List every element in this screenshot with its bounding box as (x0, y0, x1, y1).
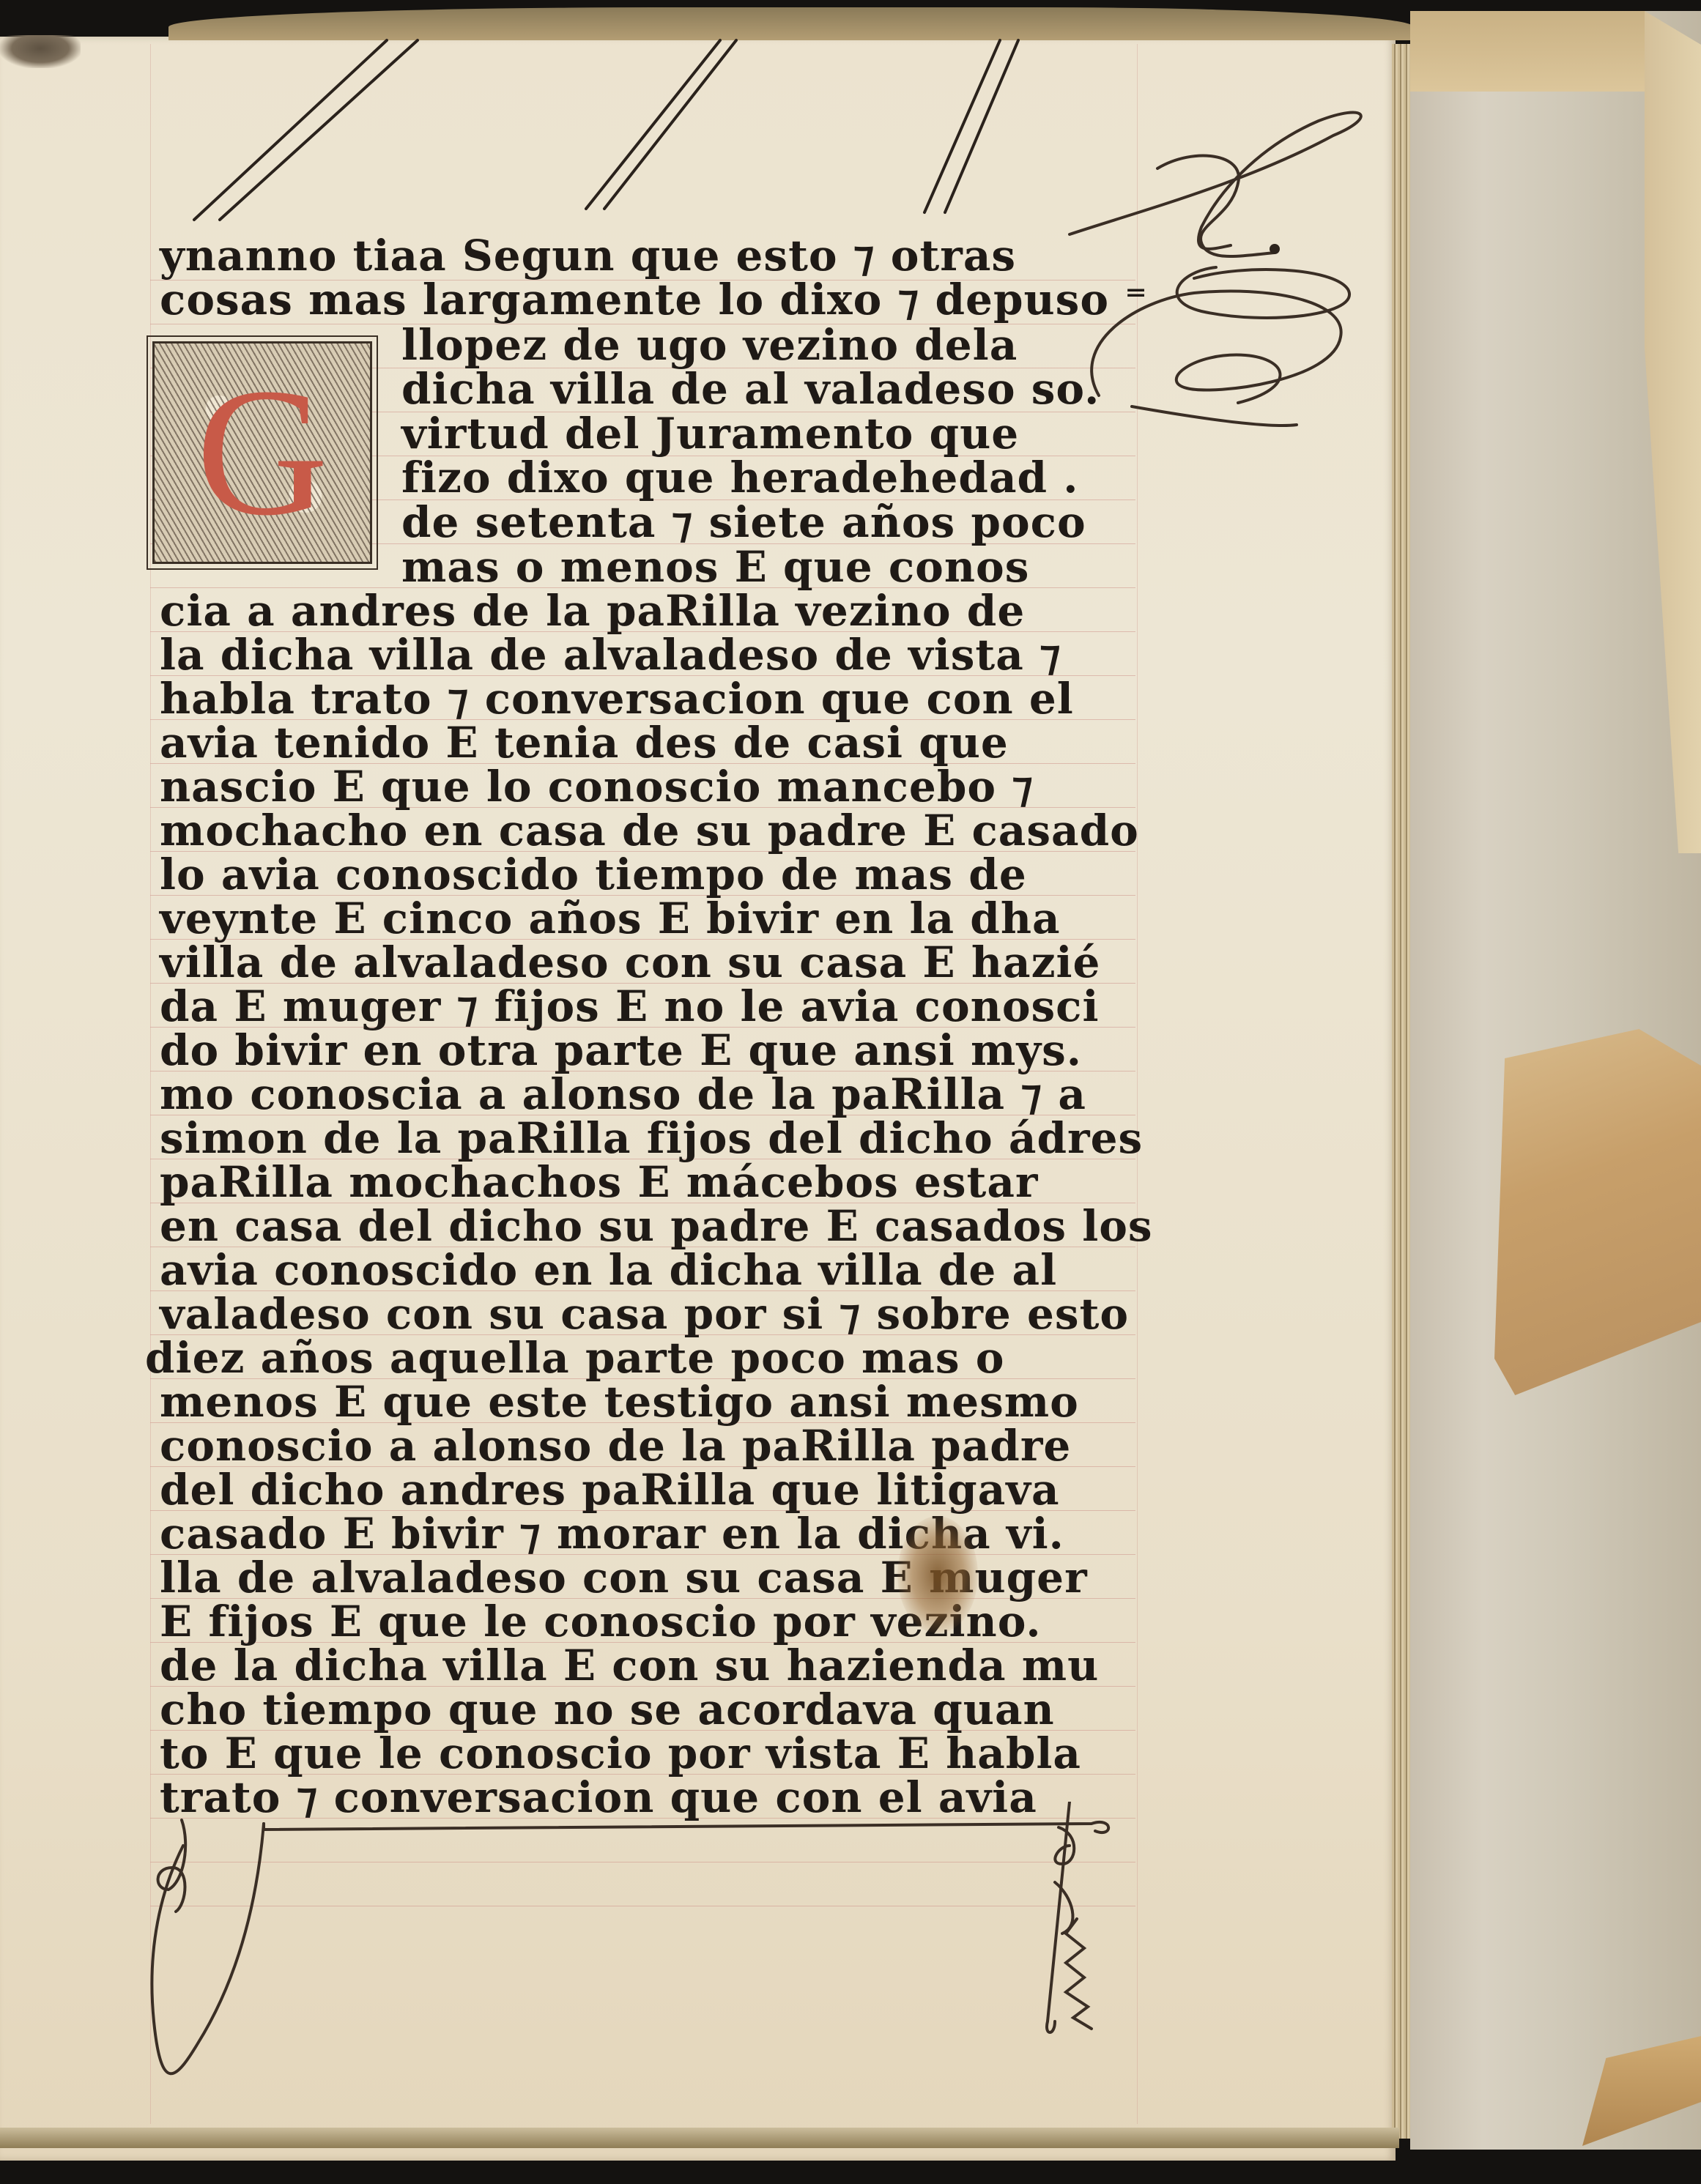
text-line: paRilla mochachos E mácebos estar (160, 1161, 1039, 1203)
text-line: nascio E que lo conoscio mancebo ⁊ (160, 765, 1034, 808)
text-line: to E que le conoscio por vista E habla (160, 1732, 1081, 1775)
page-fore-edge (1392, 44, 1411, 2139)
text-line: habla trato ⁊ conversacion que con el (160, 677, 1074, 720)
text-line: de setenta ⁊ siete años poco (401, 501, 1086, 543)
text-line: cosas mas largamente lo dixo ⁊ depuso ⁼ (160, 278, 1148, 321)
text-line: villa de alvaladeso con su casa E hazié (160, 941, 1100, 984)
text-line: lo avia conoscido tiempo de mas de (160, 853, 1027, 896)
text-line: cia a andres de la paRilla vezino de (160, 590, 1025, 632)
text-line: valadeso con su casa por si ⁊ sobre esto (160, 1293, 1129, 1335)
brown-stain (897, 1516, 978, 1633)
text-line: fizo dixo que heradehedad . (401, 456, 1078, 499)
text-line: la dicha villa de alvaladeso de vista ⁊ (160, 634, 1061, 676)
text-line: simon de la paRilla fijos del dicho ádre… (160, 1117, 1143, 1159)
text-line: virtud del Juramento que (401, 412, 1019, 455)
text-line: mo conoscia a alonso de la paRilla ⁊ a (160, 1073, 1086, 1115)
closing-flourishes (147, 1802, 1172, 2131)
text-line: del dicho andres paRilla que litigava (160, 1468, 1060, 1511)
flourish-dot (1270, 244, 1280, 254)
text-line: do bivir en otra parte E que ansi mys. (160, 1029, 1082, 1071)
closing-line (264, 1822, 1108, 1832)
text-line: dicha villa de al valadeso so. (401, 368, 1100, 410)
text-line: avia tenido E tenia des de casi que (160, 721, 1009, 764)
binding-top-turn-in (1410, 11, 1645, 92)
text-line: de la dicha villa E con su hazienda mu (160, 1644, 1099, 1687)
text-line: llopez de ugo vezino dela (401, 324, 1018, 366)
text-line: mas o menos E que conos (401, 546, 1029, 588)
text-line: cho tiempo que no se acordava quan (160, 1688, 1055, 1731)
text-line: en casa del dicho su padre E casados los (160, 1205, 1153, 1247)
text-line: diez años aquella parte poco mas o (145, 1337, 1004, 1379)
text-line: mochacho en casa de su padre E casado (160, 809, 1139, 852)
text-line: conoscio a alonso de la paRilla padre (160, 1425, 1071, 1467)
text-line: avia conoscido en la dicha villa de al (160, 1249, 1057, 1291)
decorated-initial: G (152, 341, 372, 564)
text-line: ynanno tiaa Segun que esto ⁊ otras (160, 234, 1016, 277)
text-line: da E muger ⁊ fijos E no le avia conosci (160, 985, 1100, 1028)
text-line: veynte E cinco años E bivir en la dha (160, 897, 1061, 940)
text-line: menos E que este testigo ansi mesmo (160, 1381, 1079, 1423)
initial-letter: G (155, 343, 370, 562)
